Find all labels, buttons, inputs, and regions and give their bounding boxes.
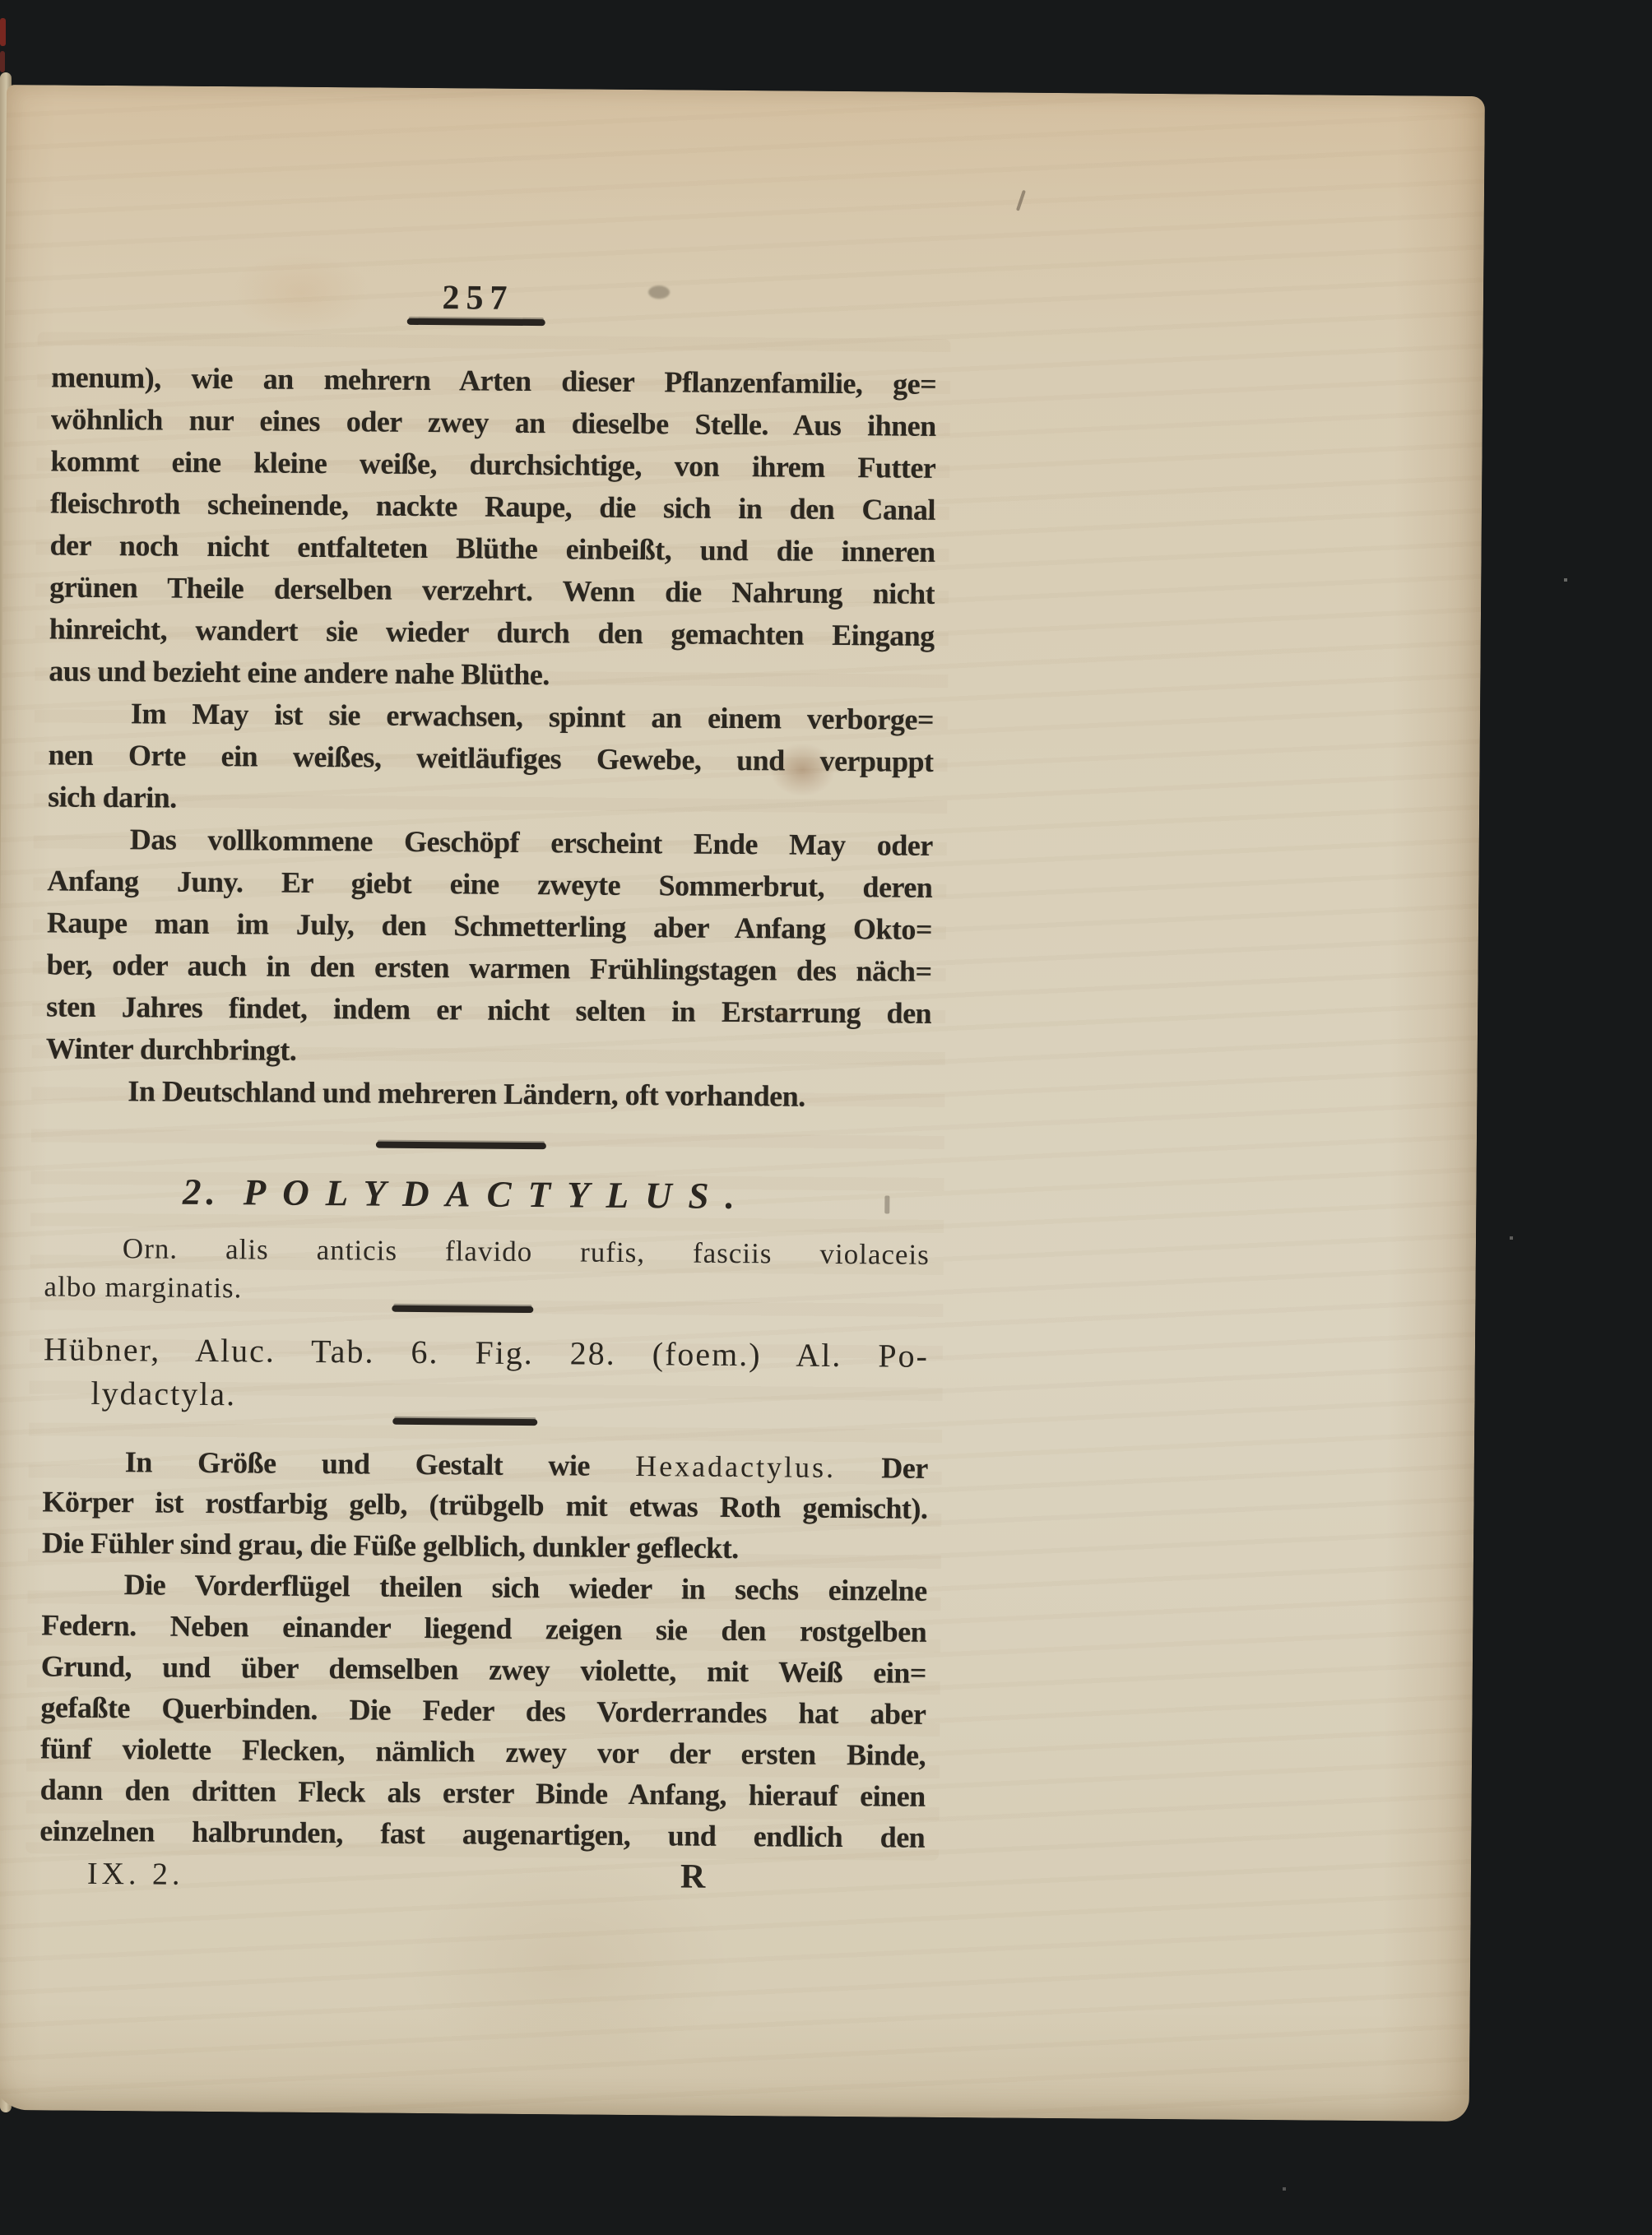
paragraph-block-upper: menum), wie an mehrern Arten dieser Pfla… xyxy=(45,356,936,1118)
text-line: Die Vorderflügel theilen sich wieder in … xyxy=(41,1563,926,1611)
paper-smudge xyxy=(648,285,670,299)
paper-stray-mark xyxy=(884,1195,889,1213)
text-line: kommt eine kleine weiße, durchsichtige, … xyxy=(50,440,935,489)
section-divider-rule xyxy=(376,1142,546,1150)
text-line: Die Fühler sind grau, die Füße gelblich,… xyxy=(42,1522,927,1570)
species-heading: 2.POLYDACTYLUS. xyxy=(14,1169,919,1219)
paper-stain xyxy=(773,1010,787,1018)
antiqua-species-word: Hexadactylus. xyxy=(635,1449,836,1484)
text-line: der noch nicht entfalteten Blüthe einbei… xyxy=(49,524,935,573)
species-name: POLYDACTYLUS. xyxy=(244,1171,751,1217)
latin-diagnosis: Orn. alis anticis flavido rufis, fasciis… xyxy=(44,1228,930,1312)
text-line: Raupe man im July, den Schmetterling abe… xyxy=(47,902,932,950)
text-line: ber, oder auch in den ersten warmen Früh… xyxy=(46,944,931,992)
text-line: nen Orte ein weißes, weitläufiges Gewebe… xyxy=(48,734,933,782)
dust-specks xyxy=(0,0,2,2)
text-line: wöhnlich nur eines oder zwey an dieselbe… xyxy=(51,398,936,447)
text-line: fünf violette Flecken, nämlich zwey vor … xyxy=(40,1727,926,1775)
text-line: sten Jahres findet, indem er nicht selte… xyxy=(46,985,931,1034)
text-line: Körper ist rostfarbig gelb, (trübgelb mi… xyxy=(42,1481,927,1528)
text-line: grünen Theile derselben verzehrt. Wenn d… xyxy=(49,566,935,614)
text-line: Im May ist sie erwachsen, spinnt an eine… xyxy=(49,692,934,740)
catchword: R xyxy=(680,1857,706,1896)
scanner-background: { "page": { "page_number": "257", "headi… xyxy=(0,0,1652,2235)
latin-line: Orn. alis anticis flavido rufis, fasciis… xyxy=(44,1228,930,1273)
page-number: 257 xyxy=(383,278,573,319)
text-line: Winter durchbringt. xyxy=(46,1027,931,1076)
text-line: Grund, und über demselben zwey violette,… xyxy=(41,1645,926,1693)
citation-line: lydactyla. xyxy=(43,1370,928,1421)
text-line: menum), wie an mehrern Arten dieser Pfla… xyxy=(51,356,936,405)
text-line: Federn. Neben einander liegend zeigen si… xyxy=(41,1604,926,1652)
paragraph-block-lower: Körper ist rostfarbig gelb, (trübgelb mi… xyxy=(39,1481,928,1857)
paper-hair-mark xyxy=(1016,190,1026,211)
fraktur-segment: In Größe und Gestalt wie xyxy=(125,1445,590,1481)
fraktur-segment: Der xyxy=(881,1451,928,1484)
species-number: 2. xyxy=(183,1171,220,1213)
text-line: einzelnen halbrunden, fast augenartigen,… xyxy=(39,1810,925,1857)
text-line: fleischroth scheinende, nackte Raupe, di… xyxy=(50,482,935,531)
spine-red-edge xyxy=(0,51,5,72)
book-page-scan: 257 menum), wie an mehrern Arten dieser … xyxy=(0,85,1485,2121)
page-number-rule xyxy=(407,318,545,326)
signature-row: IX. 2. R xyxy=(0,1852,930,1903)
citation-line: Hübner, Aluc. Tab. 6. Fig. 28. (foem.) A… xyxy=(44,1327,929,1377)
latin-divider-rule xyxy=(392,1305,533,1313)
reference-citation: Hübner, Aluc. Tab. 6. Fig. 28. (foem.) A… xyxy=(43,1327,929,1421)
citation-divider-rule xyxy=(392,1418,537,1426)
spine-red-edge xyxy=(0,18,6,46)
text-line: In Deutschland und mehreren Ländern, oft… xyxy=(45,1069,930,1118)
text-line: Anfang Juny. Er giebt eine zweyte Sommer… xyxy=(47,860,932,908)
text-line: hinreicht, wandert sie wieder durch den … xyxy=(49,608,935,656)
signature-mark: IX. 2. xyxy=(87,1856,184,1893)
text-line: dann den dritten Fleck als erster Binde … xyxy=(40,1769,926,1816)
text-line: aus und bezieht eine andere nahe Blüthe. xyxy=(49,650,934,698)
text-line: Das vollkommene Geschöpf erscheint Ende … xyxy=(48,818,933,866)
text-line: gefaßte Querbinden. Die Feder des Vorder… xyxy=(40,1686,926,1734)
text-line: sich darin. xyxy=(48,776,933,824)
